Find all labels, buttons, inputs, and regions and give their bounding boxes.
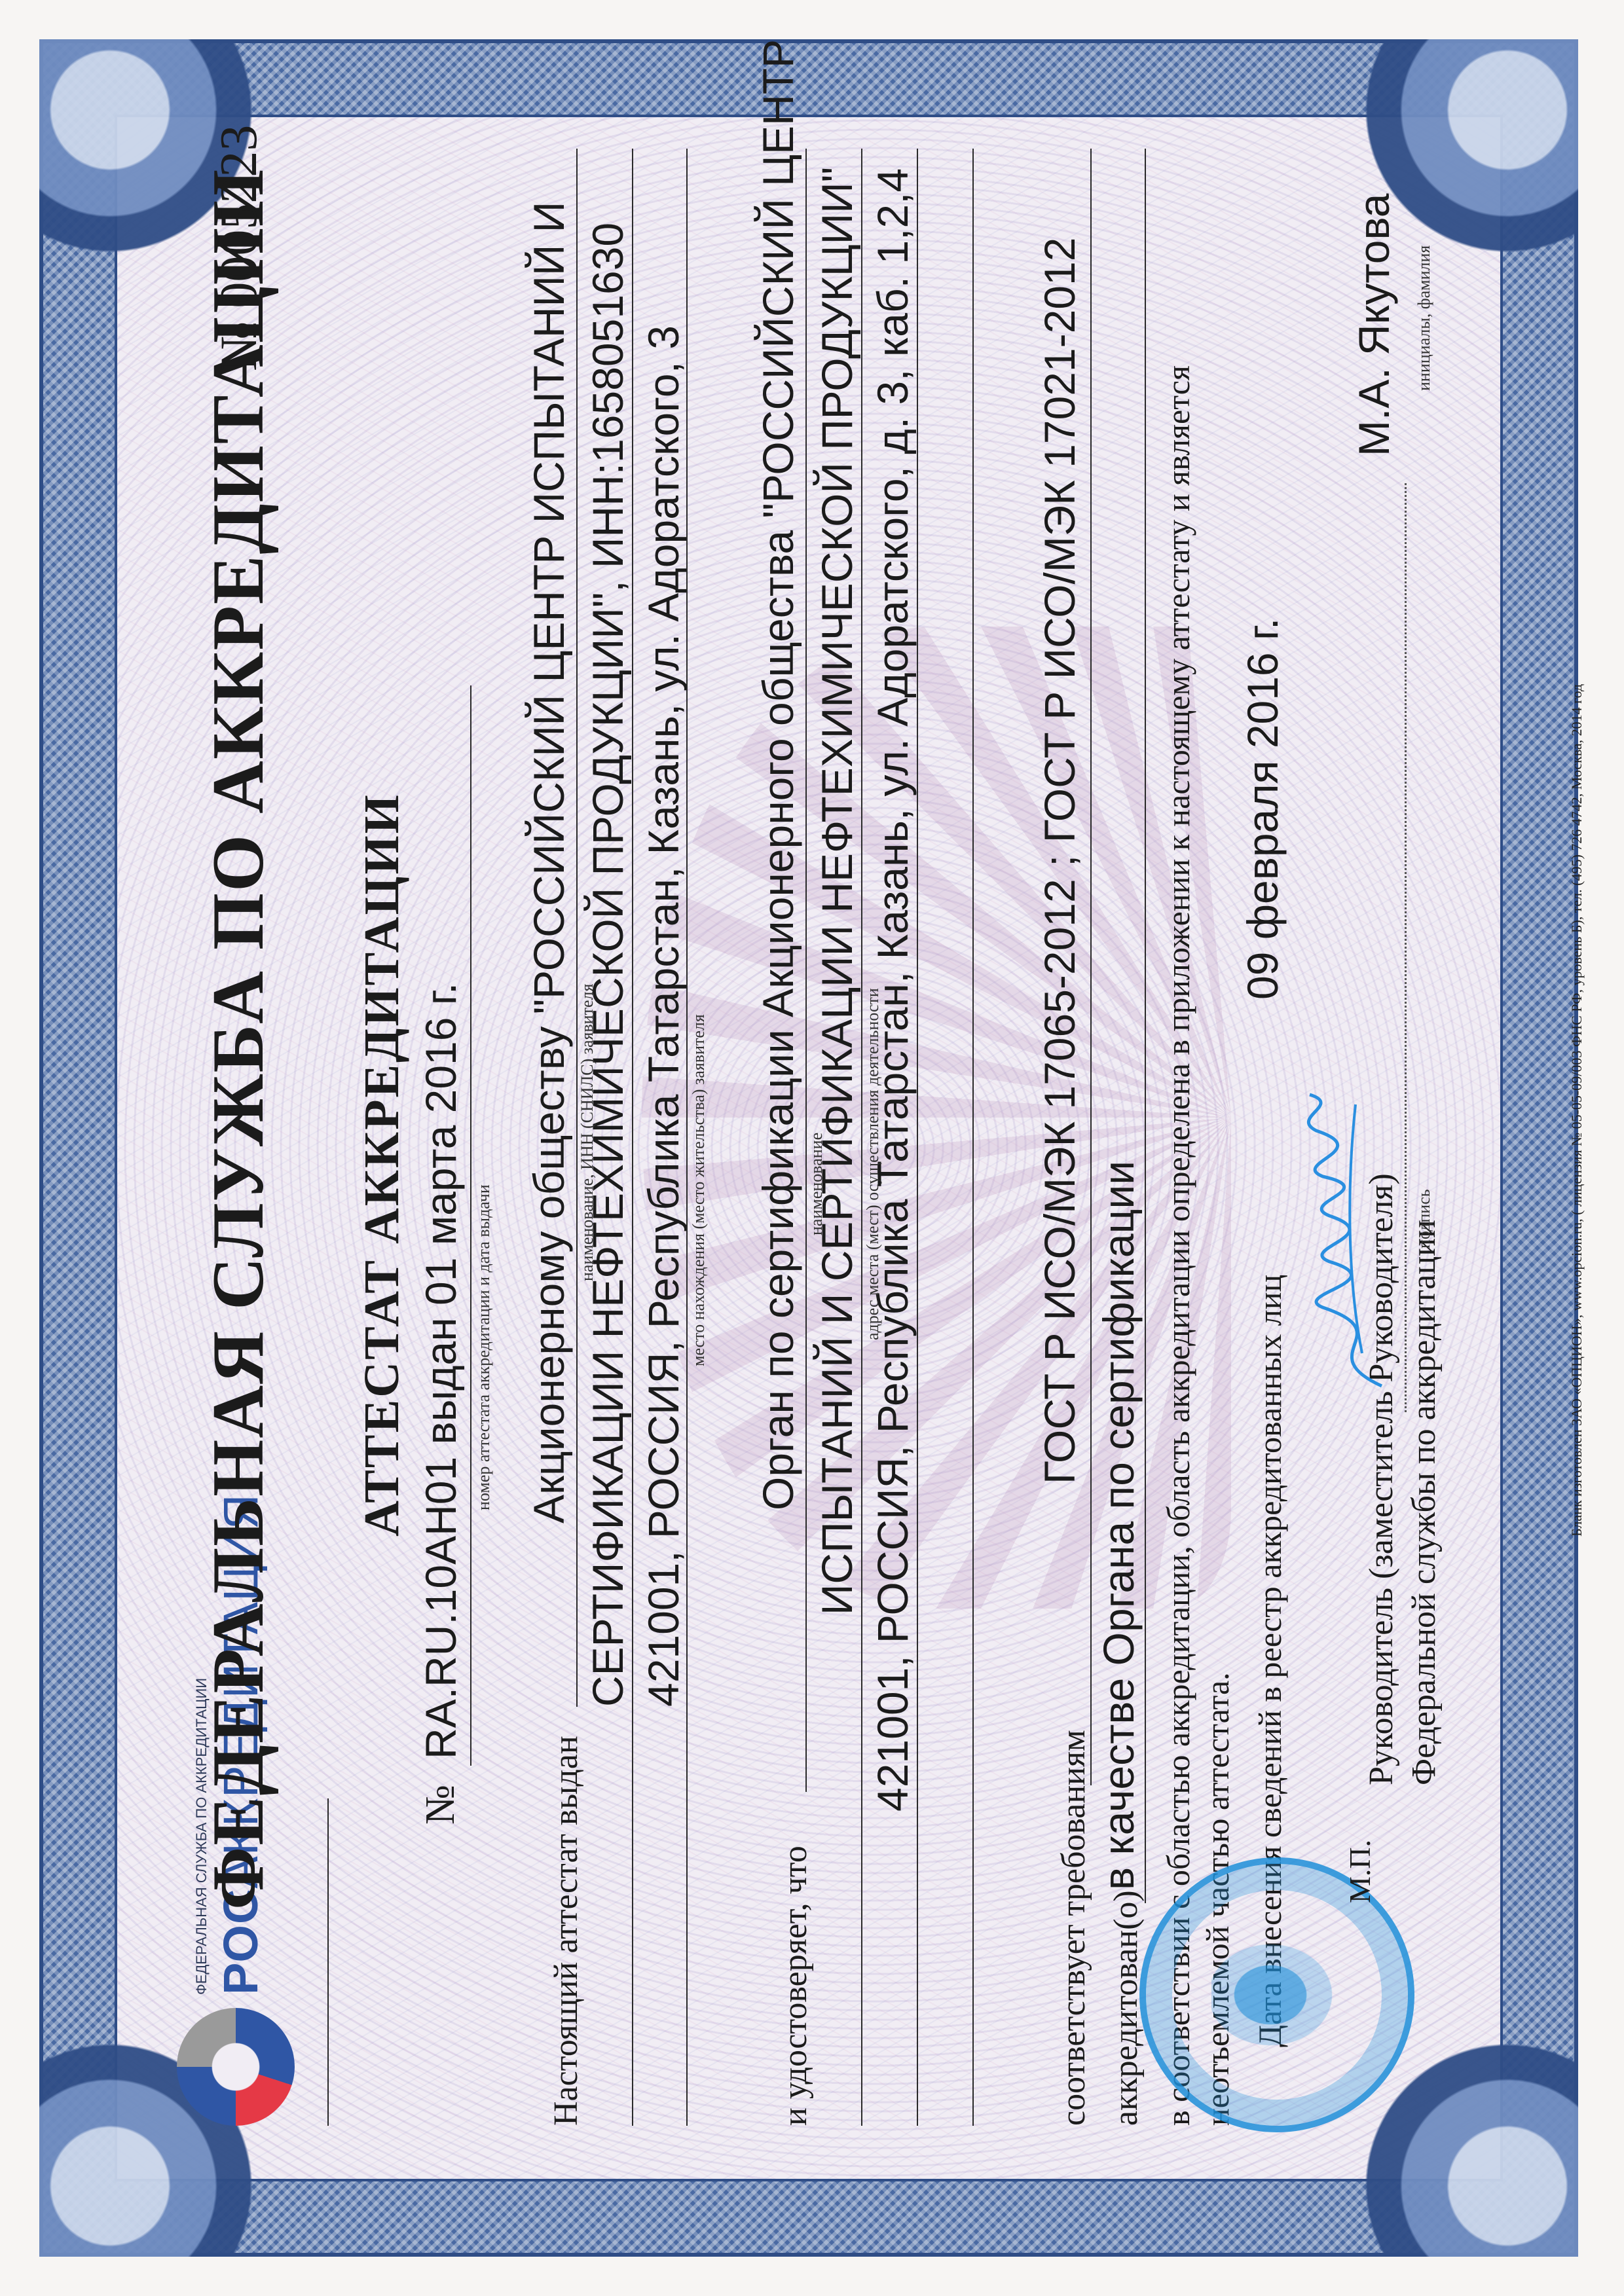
underline	[917, 149, 918, 2126]
underline	[686, 149, 688, 2126]
signatory-name-caption: инициалы, фамилия	[1414, 246, 1434, 391]
applicant-name-line2: СЕРТИФИКАЦИИ НЕФТЕХИМИЧЕСКОЙ ПРОДУКЦИИ",…	[583, 223, 633, 1707]
rosaccreditation-logo-icon	[177, 2008, 295, 2126]
accreditation-certificate: ФЕДЕРАЛЬНАЯ СЛУЖБА ПО АККРЕДИТАЦИИ РОСАК…	[0, 0, 1624, 2296]
body-address-caption: адрес места (мест) осуществления деятель…	[863, 988, 883, 1340]
underline	[632, 149, 633, 2126]
number-underline	[470, 685, 471, 1766]
applicant-address: 421001, РОССИЯ, Республика Татарстан, Ка…	[638, 325, 688, 1707]
coat-of-arms-icon	[1211, 1936, 1342, 2054]
standards-list: ГОСТ Р ИСО/МЭК 17065-2012 ; ГОСТ Р ИСО/М…	[1035, 238, 1084, 1484]
accreditation-role: в качестве Органа по сертификации	[1094, 1161, 1143, 1890]
agency-title: ФЕДЕРАЛЬНАЯ СЛУЖБА ПО АККРЕДИТАЦИИ	[196, 168, 281, 1910]
underline	[1090, 149, 1092, 1785]
seal-label: М.П.	[1342, 1840, 1377, 1903]
signature-icon	[1283, 1091, 1414, 1393]
body-name-line1: Орган по сертификации Акционерного общес…	[753, 39, 803, 1510]
certificate-number: RA.RU.10АН01 выдан 01 марта 2016 г.	[416, 983, 466, 1759]
issued-to-label: Настоящий аттестат выдан	[547, 1736, 585, 2126]
compliance-label: соответствует требованиям	[1054, 1730, 1093, 2126]
applicant-name-line1: Акционерному обществу "РОССИЙСКИЙ ЦЕНТР …	[524, 202, 574, 1523]
logo-divider	[327, 1798, 329, 2126]
body-name-caption: наименование	[807, 1133, 826, 1235]
certifies-label: и удостоверяет, что	[776, 1846, 815, 2126]
document-title: АТТЕСТАТ АККРЕДИТАЦИИ	[354, 793, 411, 1537]
body-name-line2: ИСПЫТАНИЙ И СЕРТИФИКАЦИИ НЕФТЕХИМИЧЕСКОЙ…	[812, 167, 862, 1615]
scope-text-line1: в соответствии с областью аккредитации, …	[1159, 365, 1197, 2126]
registry-date: 09 февраля 2016 г.	[1238, 618, 1287, 1000]
underline	[972, 149, 974, 2126]
underline	[861, 149, 862, 2126]
underline	[1145, 149, 1146, 1903]
number-label: №	[416, 1785, 464, 1825]
printer-info: Бланк изготовлен ЗАО «ОПЦИОН», www.opcio…	[1568, 684, 1585, 1537]
applicant-address-caption: место нахождения (место жительства) заяв…	[689, 1014, 709, 1366]
blank-number: № 0005223	[210, 125, 269, 371]
signature-caption: подпись	[1414, 1189, 1434, 1248]
signatory-name: М.А. Якутова	[1349, 193, 1399, 456]
number-caption: номер аттестата аккредитации и дата выда…	[474, 1184, 494, 1510]
applicant-caption: наименование, ИНН (СНИЛС) заявителя	[578, 984, 597, 1281]
underline	[805, 149, 807, 1792]
underline	[576, 149, 578, 1707]
